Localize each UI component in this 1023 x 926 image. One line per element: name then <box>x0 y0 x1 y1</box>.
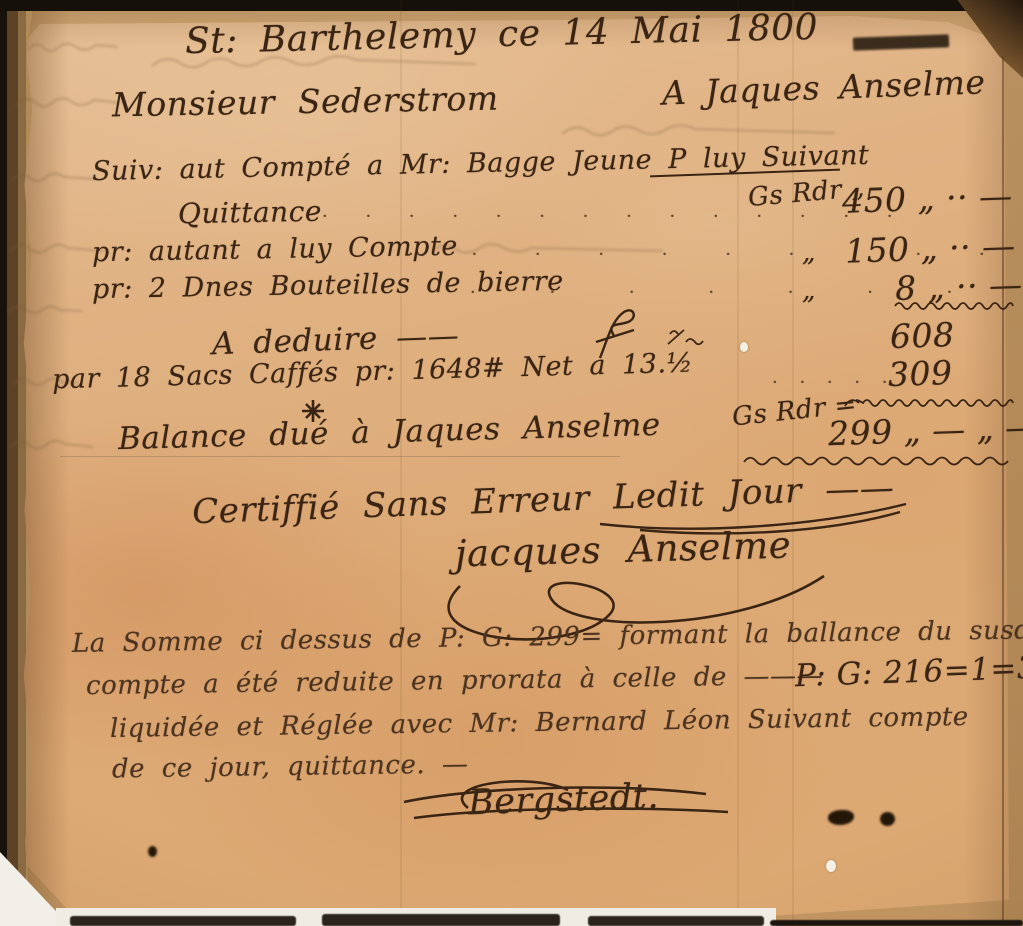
deduction-leaders: · · · · · <box>772 372 896 393</box>
signature-bergstedt-flourish <box>398 772 738 836</box>
ink-bleedthrough <box>6 300 86 320</box>
ink-blot <box>148 846 157 857</box>
wavy-rule <box>742 452 1010 468</box>
ink-blot <box>880 812 895 826</box>
scan-edge-top <box>0 0 1023 11</box>
paper-hole <box>826 860 836 872</box>
salutation: Monsieur Sederstrom <box>112 79 499 125</box>
deduction-subtotal: 608 <box>889 315 955 356</box>
entry-2-currency: „ <box>802 238 816 268</box>
ink-bleedthrough <box>10 168 100 188</box>
wavy-rule <box>893 299 1015 311</box>
ink-bleedthrough <box>26 38 121 58</box>
entry-1-leaders: · · · · · · · · · · · · · · <box>322 206 909 227</box>
deduction-amount: 309 <box>887 353 953 394</box>
ink-mark-per <box>664 326 704 350</box>
ink-bleedthrough <box>8 434 98 456</box>
document-scan: St: Barthelemy ce 14 Mai 1800 Monsieur S… <box>0 0 1023 926</box>
entry-1-amount: 450 „ ·· — ·— <box>841 174 1023 221</box>
ink-bleedthrough <box>14 92 124 114</box>
paper-hole <box>740 342 748 352</box>
entry-3-currency: „ <box>802 276 816 306</box>
entry-1-label: Quittance <box>178 195 322 231</box>
balance-amount: 299 „ — „ —— <box>827 406 1023 453</box>
entry-2-amount: 150 „ ·· — — <box>844 224 1023 270</box>
entry-2-description: pr: autant a luy Compte <box>92 231 458 268</box>
